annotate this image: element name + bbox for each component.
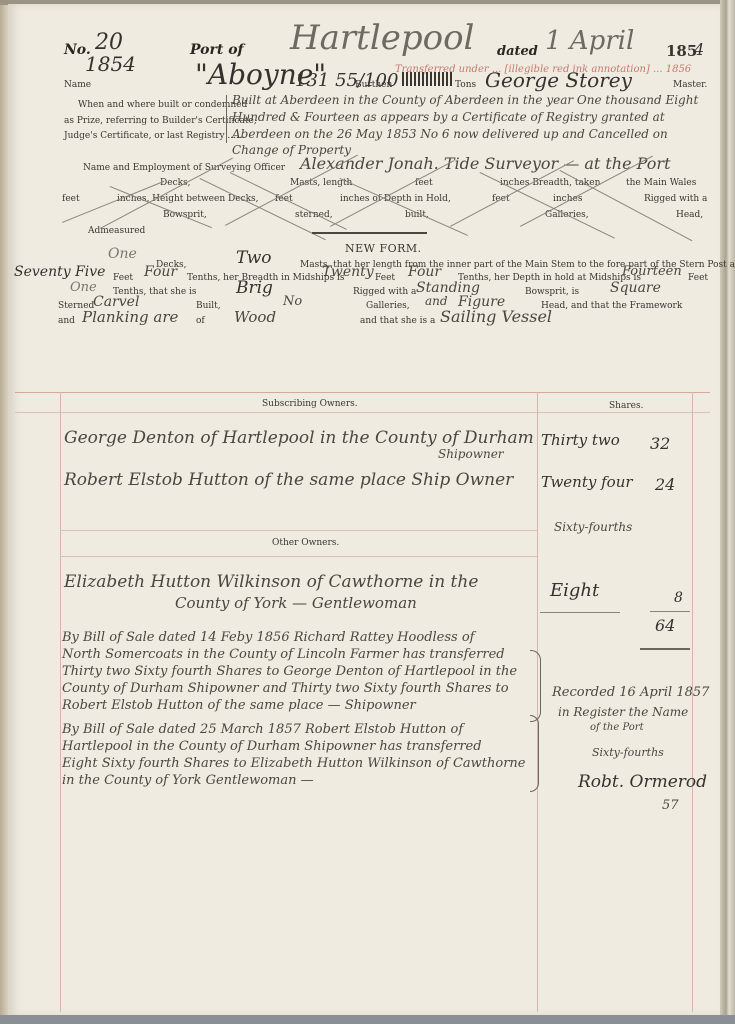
owner-shares-number: 24 [655,475,675,494]
transaction-brace [530,650,541,722]
breadth-feet-handwritten: Twenty [322,264,374,280]
transaction-line: Hartlepool in the County of Durham Shipo… [62,739,482,754]
depth-feet-label: Feet [688,273,708,283]
dated-value: 1 April [545,26,634,56]
right-margin-rule [692,392,693,1012]
table-top-rule [15,392,710,393]
page-reference: 57 [662,798,679,813]
subtotal-rule [650,611,690,612]
breadth-tenths-handwritten: Four [408,264,441,280]
head-label: Head, and that the Framework [541,301,682,311]
owner-shares-words: Twenty four [541,473,633,491]
built-label-1: When and where built or condemned [78,100,247,110]
new-form-title: NEW FORM. [345,242,422,255]
name-label: Name [64,80,91,90]
transaction-brace [530,715,539,792]
owner-occupation: Shipowner [438,447,504,461]
year-suffix: 4 [694,40,704,59]
that-she-label: and that she is a [360,316,435,326]
depth-tenths-handwritten: One [70,280,97,295]
transaction-line: in the County of York Gentlewoman — [62,773,314,788]
old-rigged: Rigged with a [644,194,707,204]
subscribing-owners-header: Subscribing Owners. [262,399,358,409]
transaction-line: Eight Sixty fourth Shares to Elizabeth H… [62,756,525,771]
recorded-line-4: Sixty-fourths [592,746,664,759]
galleries-label: Galleries, [366,301,410,311]
recorded-line-2: in Register the Name [558,705,688,719]
port-label: Port of [190,42,244,58]
recorded-line-1: Recorded 16 April 1857 [552,685,709,700]
eight-underline [540,612,620,613]
vessel-kind-handwritten: Sailing Vessel [440,307,552,326]
decks-handwritten: One [108,246,137,262]
owner-name: Robert Elstob Hutton of the same place S… [64,470,513,490]
built-bracket [226,95,227,143]
feet-label: Feet [113,273,133,283]
framework-handwritten: Planking are [82,308,178,326]
book-left-edge [0,0,8,1024]
recorded-line-3: of the Port [590,722,644,733]
owner-shares-words: Thirty two [541,431,620,449]
and-label: and [58,316,75,326]
rigged-label: Rigged with a [353,287,416,297]
other-owners-bottom-rule [60,556,537,557]
year-label: 185 [666,42,697,60]
depth-feet-handwritten: Fourteen [622,264,682,279]
transaction-line: By Bill of Sale dated 14 Feby 1856 Richa… [62,630,474,645]
other-owners-top-rule [60,530,537,531]
length-tenths-handwritten: Four [144,264,177,280]
breadth-feet-label: Feet [375,273,395,283]
other-owners-header: Other Owners. [272,538,339,548]
transaction-line: Robert Elstob Hutton of the same place —… [62,698,416,713]
head-handwritten-1: and [425,294,448,308]
old-head: Head, [676,210,703,220]
length-feet-handwritten: Seventy Five [14,264,105,280]
built-value-2: Hundred & Fourteen as appears by a Certi… [232,110,665,124]
owner-shares-words: Eight [550,580,599,601]
shares-total: 64 [655,616,675,635]
book-bottom-edge [0,1015,735,1024]
book-spine [720,0,735,1024]
master-label: Master. [673,80,707,90]
new-form-rule [312,232,427,234]
transaction-line: County of Durham Shipowner and Thirty tw… [62,681,509,696]
old-admeasured: Admeasured [88,226,145,236]
material-handwritten: Wood [234,308,276,326]
old-feet-2: feet [62,194,80,204]
surveyor-value: Alexander Jonah. Tide Surveyor — at the … [300,154,671,173]
shares-header: Shares. [609,401,643,411]
transaction-line: Thirty two Sixty fourth Shares to George… [62,664,517,679]
burthen-label: Burthen [355,80,392,90]
owner-shares-number: 32 [650,434,670,453]
built-label: Built, [196,301,221,311]
dated-label: dated [497,44,538,59]
transaction-line: North Somercoats in the County of Lincol… [62,647,505,662]
owner-shares-number: 8 [674,590,683,606]
registrar-signature: Robt. Ormerod [578,772,707,792]
of-label: of [196,316,205,326]
tons-label: Tons [455,80,476,90]
built-label-2: as Prize, referring to Builder's Certifi… [64,116,257,126]
masts-handwritten: Two [236,248,272,268]
master-value: George Storey [485,68,632,92]
old-main-wales: the Main Wales [626,178,696,188]
header-bottom-rule [15,412,710,413]
left-margin-rule [60,392,61,1012]
built-value-3: Aberdeen on the 26 May 1853 No 6 now del… [232,127,668,141]
built-value-1: Built at Aberdeen in the County of Aberd… [232,93,698,107]
owner-name: Elizabeth Hutton Wilkinson of Cawthorne … [64,572,478,592]
surveyor-label: Name and Employment of Surveying Officer [83,163,285,173]
owner-county: County of York — Gentlewoman [175,594,417,612]
owner-name: George Denton of Hartlepool in the Count… [64,428,534,448]
port-value: Hartlepool [290,18,474,58]
register-year-handwritten: 1854 [85,52,136,76]
total-double-rule [640,648,690,650]
transaction-line: By Bill of Sale dated 25 March 1857 Robe… [62,722,463,737]
sixty-fourths-note: Sixty-fourths [554,520,632,534]
struck-out-tonnage [402,72,452,86]
built-label-3: Judge's Certificate, or last Registry ..… [64,131,245,141]
galleries-handwritten: No [283,294,302,309]
vessel-type-handwritten: Brig [236,278,273,298]
bowsprit-label: Bowsprit, is [525,287,579,297]
sterned-handwritten: Square [610,280,661,296]
